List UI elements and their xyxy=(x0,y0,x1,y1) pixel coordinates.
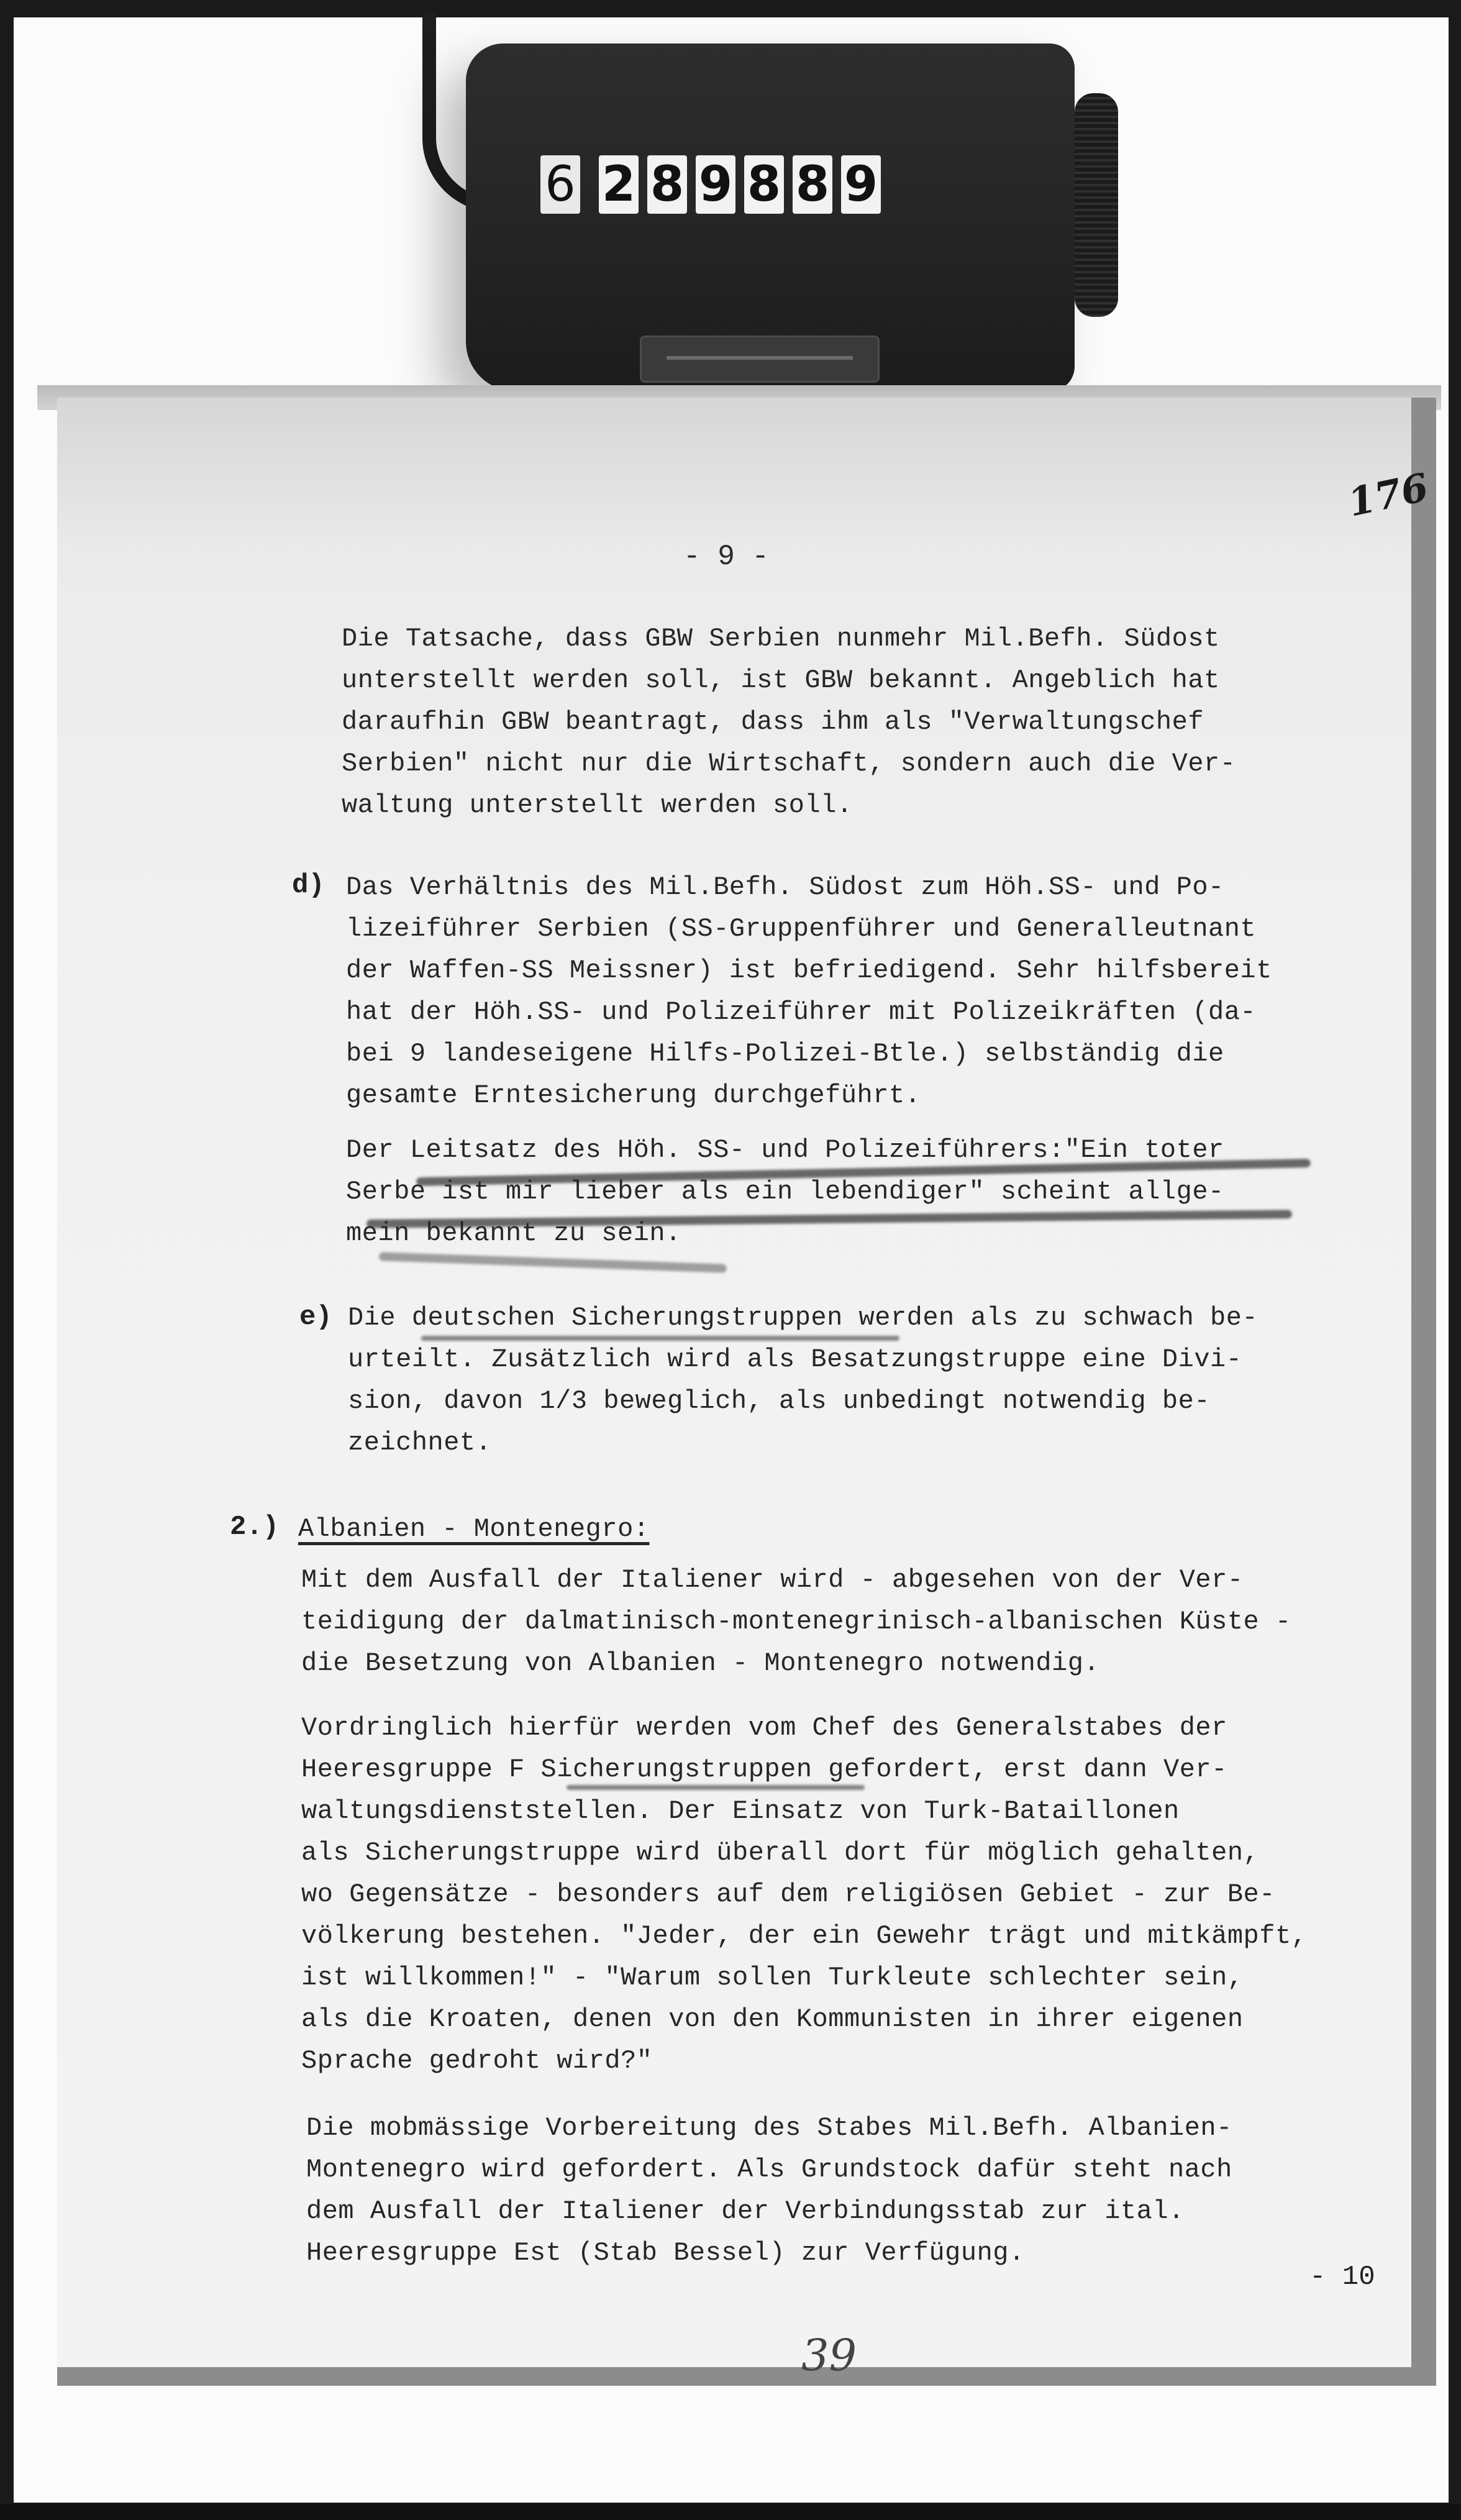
text-line: Das Verhältnis des Mil.Befh. Südost zum … xyxy=(346,867,1224,908)
text-line: Serbien" nicht nur die Wirtschaft, sonde… xyxy=(342,743,1236,785)
text-line: Montenegro wird gefordert. Als Grundstoc… xyxy=(306,2149,1232,2191)
text-line: bei 9 landeseigene Hilfs-Polizei-Btle.) … xyxy=(346,1033,1224,1075)
text-line: urteilt. Zusätzlich wird als Besatzungst… xyxy=(348,1339,1242,1381)
text-line: waltungsdienststellen. Der Einsatz von T… xyxy=(301,1791,1180,1832)
page-number: - 9 - xyxy=(683,541,769,573)
text-line: Heeresgruppe Est (Stab Bessel) zur Verfü… xyxy=(306,2232,1025,2274)
text-line: zeichnet. xyxy=(348,1422,491,1464)
text-line: die Besetzung von Albanien - Montenegro … xyxy=(301,1643,1099,1684)
text-line: völkerung bestehen. "Jeder, der ein Gewe… xyxy=(301,1915,1307,1957)
counter-prefix-digit: 6 xyxy=(540,155,580,214)
counter-digits: 6 2 8 9 8 8 9 xyxy=(540,155,881,214)
text-line: Sprache gedroht wird?" xyxy=(301,2040,653,2082)
text-line: Vordringlich hierfür werden vom Chef des… xyxy=(301,1707,1227,1749)
text-line: sion, davon 1/3 beweglich, als unbedingt… xyxy=(348,1381,1210,1422)
counter-digit: 8 xyxy=(793,155,832,214)
text-line: lizeiführer Serbien (SS-Gruppenführer un… xyxy=(346,908,1256,950)
counter-digit: 9 xyxy=(696,155,735,214)
item-d-label: d) xyxy=(292,870,325,901)
section-2-label: 2.) xyxy=(230,1512,279,1543)
typed-underline xyxy=(567,1785,865,1790)
text-line: teidigung der dalmatinisch-montenegrinis… xyxy=(301,1601,1291,1643)
counter-device: 6 2 8 9 8 8 9 xyxy=(385,19,1155,404)
text-line: ist willkommen!" - "Warum sollen Turkleu… xyxy=(301,1957,1244,1999)
text-line: Mit dem Ausfall der Italiener wird - abg… xyxy=(301,1559,1244,1601)
counter-digit: 2 xyxy=(599,155,639,214)
counter-reset-knob xyxy=(1075,93,1118,317)
section-2-heading: Albanien - Montenegro: xyxy=(298,1509,650,1550)
counter-body: 6 2 8 9 8 8 9 xyxy=(466,43,1075,391)
continuation-marker: - 10 xyxy=(1309,2262,1375,2293)
text-line: als Sicherungstruppe wird überall dort f… xyxy=(301,1832,1259,1874)
text-line: gesamte Erntesicherung durchgeführt. xyxy=(346,1075,921,1116)
quote-line: mein bekannt zu sein. xyxy=(346,1213,681,1254)
text-line: der Waffen-SS Meissner) ist befriedigend… xyxy=(346,950,1272,992)
text-line: Die mobmässige Vorbereitung des Stabes M… xyxy=(306,2107,1232,2149)
quote-line: Serbe ist mir lieber als ein lebendiger"… xyxy=(346,1171,1224,1213)
counter-nameplate xyxy=(640,336,880,383)
text-line: Die Tatsache, dass GBW Serbien nunmehr M… xyxy=(342,618,1220,660)
handwritten-number: 39 xyxy=(801,2330,857,2381)
text-line: Heeresgruppe F Sicherungstruppen geforde… xyxy=(301,1749,1227,1791)
text-line: unterstellt werden soll, ist GBW bekannt… xyxy=(342,660,1220,701)
text-line: als die Kroaten, denen von den Kommunist… xyxy=(301,1999,1244,2040)
text-line: waltung unterstellt werden soll. xyxy=(342,785,853,826)
text-line: Die deutschen Sicherungstruppen werden a… xyxy=(348,1297,1258,1339)
text-line: hat der Höh.SS- und Polizeiführer mit Po… xyxy=(346,992,1256,1033)
text-line: daraufhin GBW beantragt, dass ihm als "V… xyxy=(342,701,1204,743)
counter-digit: 9 xyxy=(841,155,881,214)
counter-digit: 8 xyxy=(744,155,784,214)
text-line: dem Ausfall der Italiener der Verbindung… xyxy=(306,2191,1185,2232)
counter-digit: 8 xyxy=(647,155,687,214)
text-line: wo Gegensätze - besonders auf dem religi… xyxy=(301,1874,1275,1915)
film-edge xyxy=(0,2504,1461,2520)
item-e-label: e) xyxy=(299,1302,332,1333)
